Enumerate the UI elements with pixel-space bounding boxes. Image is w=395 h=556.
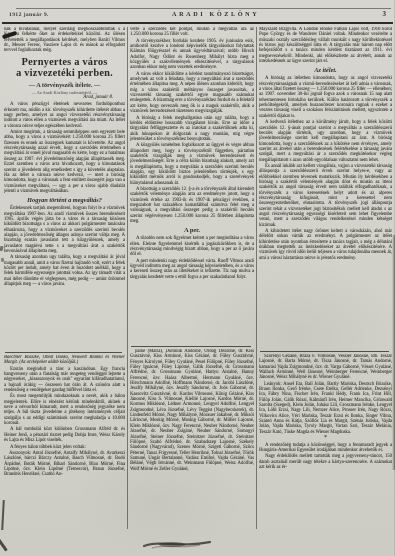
names-intro: Baechner Bözsiké, Oblát Ilonka, Neuwelt … bbox=[4, 355, 125, 366]
headline-line-1: Pernyertes a város bbox=[4, 57, 125, 68]
section-rule bbox=[260, 351, 389, 352]
masthead-title: ARADI KÖZLÖNY bbox=[172, 11, 259, 18]
section-subhead: Hogyan történt a megváltás? bbox=[4, 197, 125, 204]
newspaper-page: 1912 január 9. ARADI KÖZLÖNY 3 nak a hiv… bbox=[0, 0, 395, 556]
article-paragraph: A kedvező itélethez az a körülmény járul… bbox=[259, 120, 392, 163]
article-paragraph: És annál inkább azt kellett vizsgálnia, … bbox=[259, 164, 392, 228]
margin-mark bbox=[1, 258, 4, 262]
article-paragraph: Érdekesnek tartjuk megemliteni, hogyan f… bbox=[4, 206, 125, 254]
article-paragraph: A rendezőség tudatja a közönséggel, hogy… bbox=[259, 443, 392, 454]
article-paragraph: A biróság a felek meghallgatása után ugy… bbox=[130, 116, 254, 143]
article-paragraph: A város ekkor kiküldötte a kérdést tanul… bbox=[130, 72, 254, 115]
section-subhead: A per. bbox=[130, 227, 254, 234]
article-paragraph: A tőzsdén nem sok figyelmet keltett a pe… bbox=[130, 236, 254, 257]
column-middle-bottom: pálné (Mária), Dominik Andorné, Ördög De… bbox=[130, 349, 254, 527]
column-area: nak a hivatalánál, melyet szerdáig megho… bbox=[4, 27, 392, 529]
article-paragraph: A törvényszékhez fordulás kezdete 1905. … bbox=[130, 39, 254, 71]
article-paragraph: Ezután megindult a tánc a kaszinóban. Eg… bbox=[4, 367, 125, 394]
article-paragraph: Nagy érdeklődés mellett tartották meg a … bbox=[259, 454, 392, 470]
column-middle-top: verte a szerződés két pontját, miután a … bbox=[130, 27, 254, 343]
article-paragraph: A város pénzügyi életének nevezetes ford… bbox=[4, 102, 125, 129]
names-list: Leányok: Ansel Eta, Ball Jolán, Bartly M… bbox=[259, 382, 392, 435]
article-byline: — Az Aradi Közlöny tudósitójától. — bbox=[4, 90, 125, 95]
names-list: Asszonyok: Antal Józsefné, Antalfy Mihál… bbox=[4, 451, 125, 478]
article-paragraph: A közgyülés ismételten foglalkozott az ü… bbox=[130, 143, 254, 186]
names-list: pálné (Mária), Dominik Andorné, Ördög De… bbox=[130, 349, 254, 472]
column-right-bottom: Szörényi Gézáné, Bráza F. Vilmosné, Vess… bbox=[259, 354, 392, 527]
article-headline: Pernyertes a város a vizvezetéki perben. bbox=[4, 57, 125, 80]
article-paragraph: És most megemlitjük mindazoknak a nevét,… bbox=[4, 394, 125, 426]
article-subtitle: — A törvényszék itélete. — bbox=[4, 82, 125, 89]
names-list: Szörényi Gézáné, Bráza F. Vilmosné, Vess… bbox=[259, 354, 392, 381]
headline-line-2: a vizvezetéki perben. bbox=[4, 68, 125, 79]
page-number: 3 bbox=[382, 10, 386, 18]
column-left: nak a hivatalánál, melyet szerdáig megho… bbox=[4, 27, 125, 529]
article-dateline: Arad, január 8. bbox=[4, 95, 125, 100]
section-subhead: Az itélet. bbox=[259, 67, 392, 74]
corner-pen-mark bbox=[0, 538, 8, 551]
column-left-top: nak a hivatalánál, melyet szerdáig megho… bbox=[4, 27, 125, 349]
article-paragraph: A kihirdetett itélet nagy örömet keltett… bbox=[259, 229, 392, 261]
article-paragraph: Amint megirtuk, a társaság semmiképpen s… bbox=[4, 130, 125, 194]
page-header: 1912 január 9. ARADI KÖZLÖNY 3 bbox=[0, 10, 395, 18]
column-separator bbox=[127, 27, 128, 529]
article-paragraph: verte a szerződés két pontját, miután a … bbox=[130, 27, 254, 38]
asterisk-separator: * bbox=[259, 436, 392, 441]
lead-line: A fényes bálon többek közt jelen voltak: bbox=[4, 445, 125, 450]
header-top-rule bbox=[16, 8, 391, 9]
column-separator bbox=[256, 27, 257, 529]
article-paragraph: A pert mindenki nagy érdeklődéssel várta… bbox=[130, 259, 254, 280]
column-middle: verte a szerződés két pontját, miután a … bbox=[130, 27, 254, 529]
column-left-bottom: Baechner Bözsiké, Oblát Ilonka, Neuwelt … bbox=[4, 355, 125, 527]
edition-date: 1912 január 9. bbox=[9, 12, 49, 18]
ink-smudge bbox=[142, 535, 214, 556]
continued-paragraph: nak a hivatalánál, melyet szerdáig megho… bbox=[4, 27, 125, 54]
article-paragraph: Mayszald Bizgyilla. A London elnöke Fábi… bbox=[259, 27, 392, 64]
column-right-top: Mayszald Bizgyilla. A London elnöke Fábi… bbox=[259, 27, 392, 348]
article-paragraph: A biróság az itéletben kimondotta, hogy … bbox=[259, 76, 392, 119]
section-rule bbox=[5, 352, 122, 353]
article-paragraph: A bizottság a szerződés 12. §-a és a tör… bbox=[130, 187, 254, 224]
article-paragraph: A társaság azonban ugy találta, hogy a m… bbox=[4, 255, 125, 287]
margin-mark bbox=[0, 246, 3, 252]
article-paragraph: A bál tombolái közt különben Grossmann A… bbox=[4, 427, 125, 443]
section-rule bbox=[131, 346, 251, 347]
header-divider-rule bbox=[2, 22, 393, 24]
column-right: Mayszald Bizgyilla. A London elnöke Fábi… bbox=[259, 27, 392, 529]
